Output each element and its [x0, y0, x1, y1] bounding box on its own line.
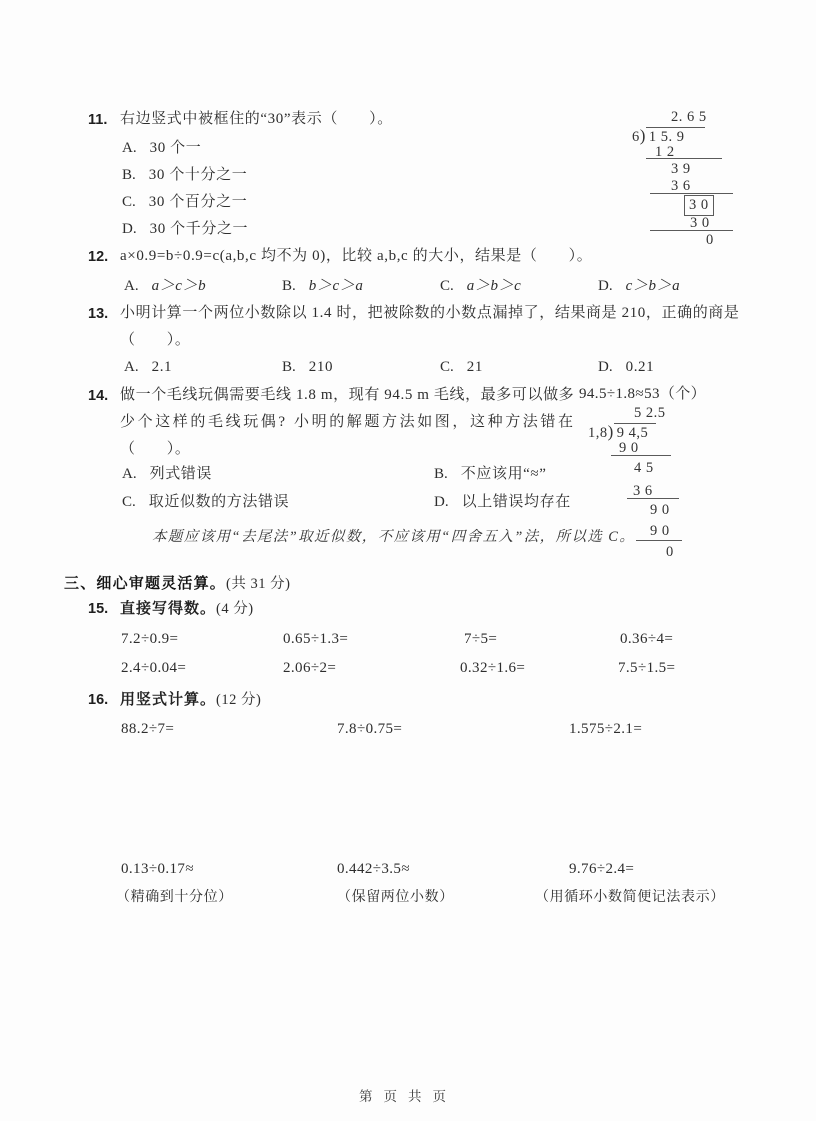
option-letter: B.: [282, 358, 296, 377]
option-text: 30 个千分之一: [150, 221, 249, 237]
section-3-heading: 三、细心审题灵活算。(共 31 分): [64, 574, 290, 594]
option-text: 2.1: [152, 359, 173, 375]
division-step: 9 0: [650, 522, 670, 540]
option-text: 30 个一: [150, 140, 202, 156]
q14-option-d: D.以上错误均存在: [434, 492, 571, 512]
q16-number: 16.: [88, 691, 108, 709]
equation-item: 7.5÷1.5=: [618, 659, 675, 678]
option-text: a＞c＞b: [152, 278, 207, 294]
division-quotient: 2. 6 5: [671, 108, 707, 126]
q14-option-c: C.取近似数的方法错误: [122, 492, 289, 512]
q12-text: a×0.9=b÷0.9=c(a,b,c 均不为 0)，比较 a,b,c 的大小，…: [120, 247, 592, 266]
division-line: [650, 193, 733, 194]
option-text: 不应该用“≈”: [461, 466, 547, 482]
q15-points: (4 分): [216, 601, 254, 617]
equation-item: 0.442÷3.5≈: [337, 860, 410, 879]
option-letter: C.: [122, 193, 136, 212]
exam-page: 11. 右边竖式中被框住的“30”表示（ ）。 A.30 个一 B.30 个十分…: [0, 0, 816, 1121]
equation-item: 2.06÷2=: [283, 659, 336, 678]
equation-caption: （保留两位小数）: [337, 889, 454, 907]
equation-item: 0.36÷4=: [620, 630, 673, 649]
q16-points: (12 分): [216, 692, 261, 708]
option-letter: D.: [122, 220, 137, 239]
division-remainder: 0: [666, 543, 674, 561]
option-text: 30 个十分之一: [149, 167, 248, 183]
q12-option-a: A.a＞c＞b: [124, 276, 206, 296]
q13-option-a: A.2.1: [124, 357, 172, 377]
q14-division-expression: 94.5÷1.8≈53（个）: [579, 385, 706, 404]
division-line: [636, 540, 682, 541]
option-letter: C.: [440, 277, 454, 296]
q11-option-c: C.30 个百分之一: [122, 192, 247, 212]
q12-option-b: B.b＞c＞a: [282, 276, 363, 296]
q13-text-line1: 小明计算一个两位小数除以 1.4 时，把被除数的小数点漏掉了，结果商是 210，…: [120, 304, 740, 323]
equation-item: 2.4÷0.04=: [121, 659, 186, 678]
division-boxed-step: 3 0: [684, 195, 714, 216]
option-letter: A.: [124, 277, 139, 296]
q12-option-c: C.a＞b＞c: [440, 276, 521, 296]
division-line: [611, 455, 671, 456]
q12-number: 12.: [88, 248, 108, 266]
q14-option-a: A.列式错误: [122, 464, 212, 484]
q14-option-b: B.不应该用“≈”: [434, 464, 547, 484]
q13-number: 13.: [88, 305, 108, 323]
q15-heading: 直接写得数。(4 分): [120, 599, 254, 619]
equation-caption: （用循环小数简便记法表示）: [535, 889, 725, 907]
q11-text: 右边竖式中被框住的“30”表示（ ）。: [120, 110, 393, 129]
option-letter: B.: [282, 277, 296, 296]
equation-caption: （精确到十分位）: [116, 889, 233, 907]
option-letter: D.: [598, 277, 613, 296]
q14-text-line3: （ ）。: [120, 440, 191, 459]
option-text: 0.21: [626, 359, 655, 375]
q16-heading: 用竖式计算。(12 分): [120, 690, 261, 710]
q14-text-line1: 做一个毛线玩偶需要毛线 1.8 m，现有 94.5 m 毛线，最多可以做多: [120, 386, 574, 405]
division-quotient: 5 2.5: [634, 404, 666, 422]
equation-item: 7.2÷0.9=: [121, 630, 178, 649]
equation-item: 0.65÷1.3=: [283, 630, 348, 649]
q11-option-b: B.30 个十分之一: [122, 165, 247, 185]
equation-item: 0.32÷1.6=: [460, 659, 525, 678]
division-line: [650, 230, 733, 231]
option-letter: A.: [122, 465, 137, 484]
q13-option-d: D.0.21: [598, 357, 654, 377]
page-footer: 第页共页: [0, 1085, 816, 1105]
division-line: [627, 498, 679, 499]
option-text: 列式错误: [150, 466, 212, 482]
option-text: 取近似数的方法错误: [149, 494, 289, 510]
boxed-digits: 3 0: [684, 195, 714, 216]
q16-title: 用竖式计算。: [120, 692, 216, 708]
option-letter: C.: [440, 358, 454, 377]
division-divisor: 1,8: [588, 425, 608, 441]
q14-number: 14.: [88, 387, 108, 405]
q13-option-c: C.21: [440, 357, 483, 377]
option-text: 30 个百分之一: [149, 194, 248, 210]
q14-text-line2: 少个这样的毛线玩偶? 小明的解题方法如图，这种方法错在: [120, 413, 576, 432]
option-letter: D.: [434, 493, 449, 512]
option-text: c＞b＞a: [626, 278, 681, 294]
option-letter: D.: [598, 358, 613, 377]
option-letter: A.: [122, 139, 137, 158]
q15-title: 直接写得数。: [120, 601, 216, 617]
equation-item: 7.8÷0.75=: [337, 720, 402, 739]
division-divisor: 6: [632, 129, 640, 145]
equation-item: 1.575÷2.1=: [569, 720, 642, 739]
q13-text-line2: （ ）。: [120, 331, 191, 350]
option-text: 以上错误均存在: [462, 494, 571, 510]
q12-option-d: D.c＞b＞a: [598, 276, 680, 296]
option-text: a＞b＞c: [467, 278, 522, 294]
q15-number: 15.: [88, 600, 108, 618]
option-letter: B.: [122, 166, 136, 185]
option-text: b＞c＞a: [309, 278, 364, 294]
q11-option-d: D.30 个千分之一: [122, 219, 248, 239]
q11-option-a: A.30 个一: [122, 138, 201, 158]
division-step: 3 9: [671, 160, 691, 178]
option-text: 21: [467, 359, 483, 375]
equation-item: 0.13÷0.17≈: [121, 860, 194, 879]
option-text: 210: [309, 359, 333, 375]
q11-number: 11.: [88, 111, 107, 129]
q14-solution-note: 本题应该用“去尾法”取近似数，不应该用“四舍五入”法，所以选 C。: [152, 528, 635, 546]
equation-item: 9.76÷2.4=: [569, 860, 634, 879]
section-3-points: (共 31 分): [226, 576, 290, 592]
option-letter: A.: [124, 358, 139, 377]
section-3-title: 三、细心审题灵活算。: [64, 575, 226, 592]
option-letter: B.: [434, 465, 448, 484]
division-step: 9 0: [650, 501, 670, 519]
option-letter: C.: [122, 493, 136, 512]
division-remainder: 0: [706, 231, 714, 249]
equation-item: 7÷5=: [464, 630, 497, 649]
equation-item: 88.2÷7=: [121, 720, 174, 739]
q13-option-b: B.210: [282, 357, 333, 377]
division-step: 4 5: [634, 459, 654, 477]
division-line: [646, 158, 722, 159]
